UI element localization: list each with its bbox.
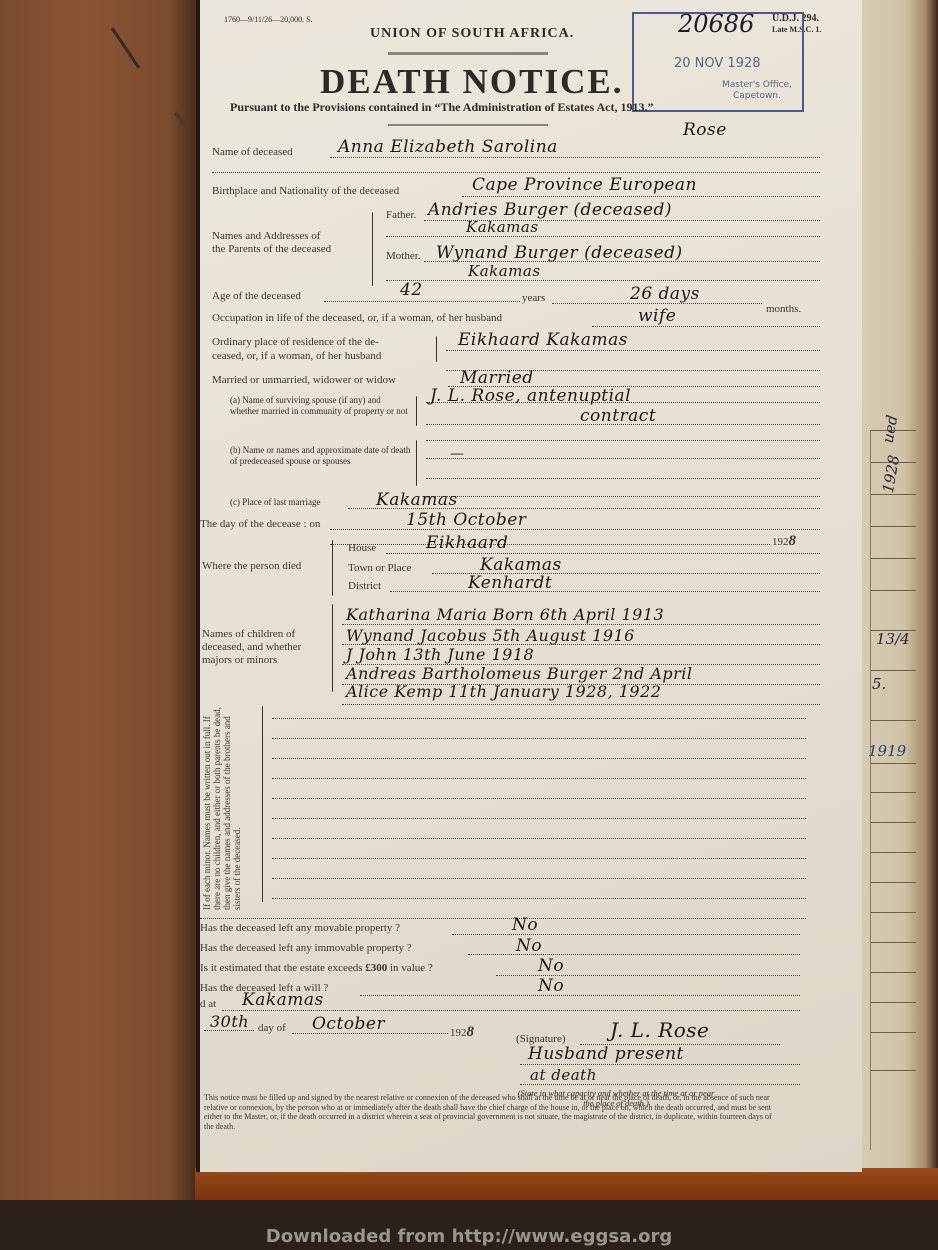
father-label: Father. <box>386 209 416 221</box>
place-of-death-label: Where the person died <box>202 560 301 572</box>
spouse-value: J. L. Rose, antenuptial <box>430 386 631 406</box>
child-row: Andreas Bartholomeus Burger 2nd April <box>346 664 693 683</box>
mother-address: Kakamas <box>468 262 541 280</box>
divider <box>388 52 548 55</box>
mother-value: Wynand Burger (deceased) <box>436 243 683 263</box>
dated-day-value: 30th <box>210 1012 249 1031</box>
page-title: DEATH NOTICE. <box>320 62 623 102</box>
last-marriage-value: Kakamas <box>376 490 458 510</box>
child-row: Wynand Jacobus 5th August 1916 <box>346 626 635 645</box>
children-label: Names of children of <box>202 628 295 640</box>
print-code: 1760—9/11/26—20,000. S. <box>224 15 313 24</box>
marital-value: Married <box>460 368 534 388</box>
marital-label: Married or unmarried, widower or widow <box>212 374 396 386</box>
residence-value: Eikhaard Kakamas <box>458 330 628 350</box>
dated-year: 1928 <box>450 1024 474 1041</box>
movable-label: Has the deceased left any movable proper… <box>200 922 400 934</box>
footer-instructions: This notice must be filled up and signed… <box>204 1093 776 1131</box>
name-label: Name of deceased <box>212 146 293 158</box>
dated-at-value: Kakamas <box>242 990 324 1010</box>
divider <box>388 124 548 126</box>
spouse-label: (a) Name of surviving spouse (if any) an… <box>230 395 410 417</box>
immovable-value: No <box>516 936 542 956</box>
district-value: Kenhardt <box>468 573 552 593</box>
surname-value: Rose <box>683 120 727 140</box>
child-row: Katharina Maria Born 6th April 1913 <box>346 605 664 624</box>
stamp-office: Master's Office, Capetown. <box>722 80 792 102</box>
predeceased-label: (b) Name or names and approximate date o… <box>230 445 414 467</box>
margin-note: 5. <box>872 675 886 693</box>
exceeds-label: Is it estimated that the estate exceeds … <box>200 962 433 974</box>
name-value: Anna Elizabeth Sarolina <box>338 137 558 157</box>
child-row: Alice Kemp 11th January 1928, 1922 <box>346 682 661 701</box>
stamp-date: 20 NOV 1928 <box>674 56 761 71</box>
dated-at-label: d at <box>200 998 216 1010</box>
spouse-contract: contract <box>580 406 656 426</box>
age-years: 42 <box>400 280 423 300</box>
book-cover <box>0 0 212 1250</box>
reference-number: 20686 <box>678 10 754 38</box>
ledger-column <box>870 430 920 1150</box>
child-row: J John 13th June 1918 <box>346 645 534 664</box>
decease-day-value: 15th October <box>406 510 526 530</box>
margin-note: 13/4 <box>876 630 910 648</box>
cover-scratch <box>111 27 140 68</box>
birthplace-label: Birthplace and Nationality of the deceas… <box>212 185 399 197</box>
signature-value: J. L. Rose <box>610 1018 709 1042</box>
decease-day-label: The day of the decease : on <box>200 518 320 530</box>
parents-label: Names and Addresses of <box>212 230 320 242</box>
wooden-shelf <box>195 1168 938 1200</box>
last-marriage-label: (c) Place of last marriage <box>230 497 320 508</box>
occupation-label: Occupation in life of the deceased, or, … <box>212 312 502 324</box>
age-label: Age of the deceased <box>212 290 301 302</box>
signature-capacity-2: at death <box>530 1066 597 1084</box>
mother-label: Mother. <box>386 250 421 262</box>
predeceased-value: — <box>450 446 465 462</box>
exceeds-value: No <box>538 956 564 976</box>
death-notice-document: 1760—9/11/26—20,000. S. U.D.J. 294. Late… <box>196 0 862 1172</box>
children-instructions: If of each minor. Names must be written … <box>202 700 262 910</box>
town-value: Kakamas <box>480 555 562 575</box>
father-address: Kakamas <box>466 218 539 236</box>
birthplace-value: Cape Province European <box>472 175 697 195</box>
country-heading: UNION OF SOUTH AFRICA. <box>370 26 574 42</box>
decease-year: 1928 <box>772 533 796 550</box>
house-value: Eikhaard <box>426 533 508 553</box>
signature-capacity: Husband present <box>528 1044 684 1064</box>
occupation-value: wife <box>638 306 676 326</box>
age-days: 26 days <box>630 284 700 304</box>
watermark: Downloaded from http://www.eggsa.org <box>0 1226 938 1247</box>
father-value: Andries Burger (deceased) <box>428 200 672 220</box>
pursuant-subtitle: Pursuant to the Provisions contained in … <box>230 100 653 115</box>
movable-value: No <box>512 915 538 935</box>
residence-label: Ordinary place of residence of the de- <box>212 336 379 348</box>
dated-month-value: October <box>312 1014 385 1034</box>
margin-note: 1919 <box>868 742 906 760</box>
will-value: No <box>538 976 564 996</box>
immovable-label: Has the deceased left any immovable prop… <box>200 942 412 954</box>
cover-scratch <box>173 111 190 130</box>
